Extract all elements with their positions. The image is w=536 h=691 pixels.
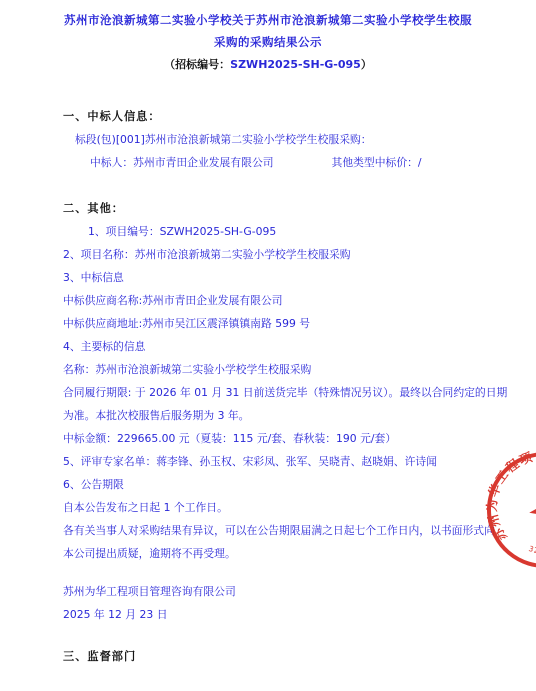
section2-heading: 二、其他： (63, 197, 500, 220)
announcement-date: 2025 年 12 月 23 日 (63, 603, 500, 626)
other-price-value: 其他类型中标价：/ (332, 151, 422, 174)
award-info-line: 3、中标信息 (63, 266, 500, 289)
announcement-period-line: 自本公告发布之日起 1 个工作日。 (63, 496, 500, 519)
winner-name: 中标人：苏州市青田企业发展有限公司 (90, 151, 274, 174)
award-amount-line: 中标金额：229665.00 元（夏装：115 元/套、春秋装：190 元/套） (63, 427, 500, 450)
supplier-address-line: 中标供应商地址:苏州市吴江区震泽镇镇南路 599 号 (63, 312, 500, 335)
objection-notice-line1: 各有关当事人对采购结果有异议，可以在公告期限届满之日起七个工作日内，以书面形式向 (63, 519, 500, 542)
subject-info-heading-line: 4、主要标的信息 (63, 335, 500, 358)
objection-notice-line2: 本公司提出质疑，逾期将不再受理。 (63, 542, 500, 565)
bid-number-line: （招标编号：SZWH2025-SH-G-095） (0, 54, 536, 76)
winner-line: 中标人：苏州市青田企业发展有限公司 其他类型中标价：/ (63, 151, 500, 174)
bid-number-value: SZWH2025-SH-G-095 (230, 58, 361, 71)
document-title-line2: 采购的采购结果公示 (0, 31, 536, 53)
section1-heading: 一、中标人信息： (63, 105, 500, 128)
winner-gap-spacer (274, 151, 332, 174)
contract-period-line1: 合同履行期限: 于 2026 年 01 月 31 日前送货完毕（特殊情况另议）。… (63, 381, 500, 404)
subject-name-line: 名称：苏州市沧浪新城第二实验小学校学生校服采购 (63, 358, 500, 381)
lot-info-line: 标段(包)[001]苏州市沧浪新城第二实验小学校学生校服采购： (63, 128, 500, 151)
bid-number-close: ） (361, 58, 372, 71)
announcement-document: 苏州市沧浪新城第二实验小学校关于苏州市沧浪新城第二实验小学校学生校服 采购的采购… (0, 0, 536, 691)
section3-heading: 三、监督部门 (63, 645, 500, 668)
document-header: 苏州市沧浪新城第二实验小学校关于苏州市沧浪新城第二实验小学校学生校服 采购的采购… (0, 0, 536, 76)
project-number-line: 1、项目编号：SZWH2025-SH-G-095 (63, 220, 500, 243)
announcement-period-heading: 6、公告期限 (63, 473, 500, 496)
supplier-name-line: 中标供应商名称:苏州市青田企业发展有限公司 (63, 289, 500, 312)
agency-company-name: 苏州为华工程项目管理咨询有限公司 (63, 580, 500, 603)
document-body: 一、中标人信息： 标段(包)[001]苏州市沧浪新城第二实验小学校学生校服采购：… (0, 105, 536, 668)
contract-period-line2: 为准。本批次校服售后服务期为 3 年。 (63, 404, 500, 427)
project-name-line: 2、项目名称：苏州市沧浪新城第二实验小学校学生校服采购 (63, 243, 500, 266)
document-title-line1: 苏州市沧浪新城第二实验小学校关于苏州市沧浪新城第二实验小学校学生校服 (0, 9, 536, 31)
expert-list-line: 5、评审专家名单：蒋李锋、孙玉权、宋彩凤、张军、吴晓青、赵晓娟、许诗闻 (63, 450, 500, 473)
bid-number-label: （招标编号： (164, 58, 230, 71)
